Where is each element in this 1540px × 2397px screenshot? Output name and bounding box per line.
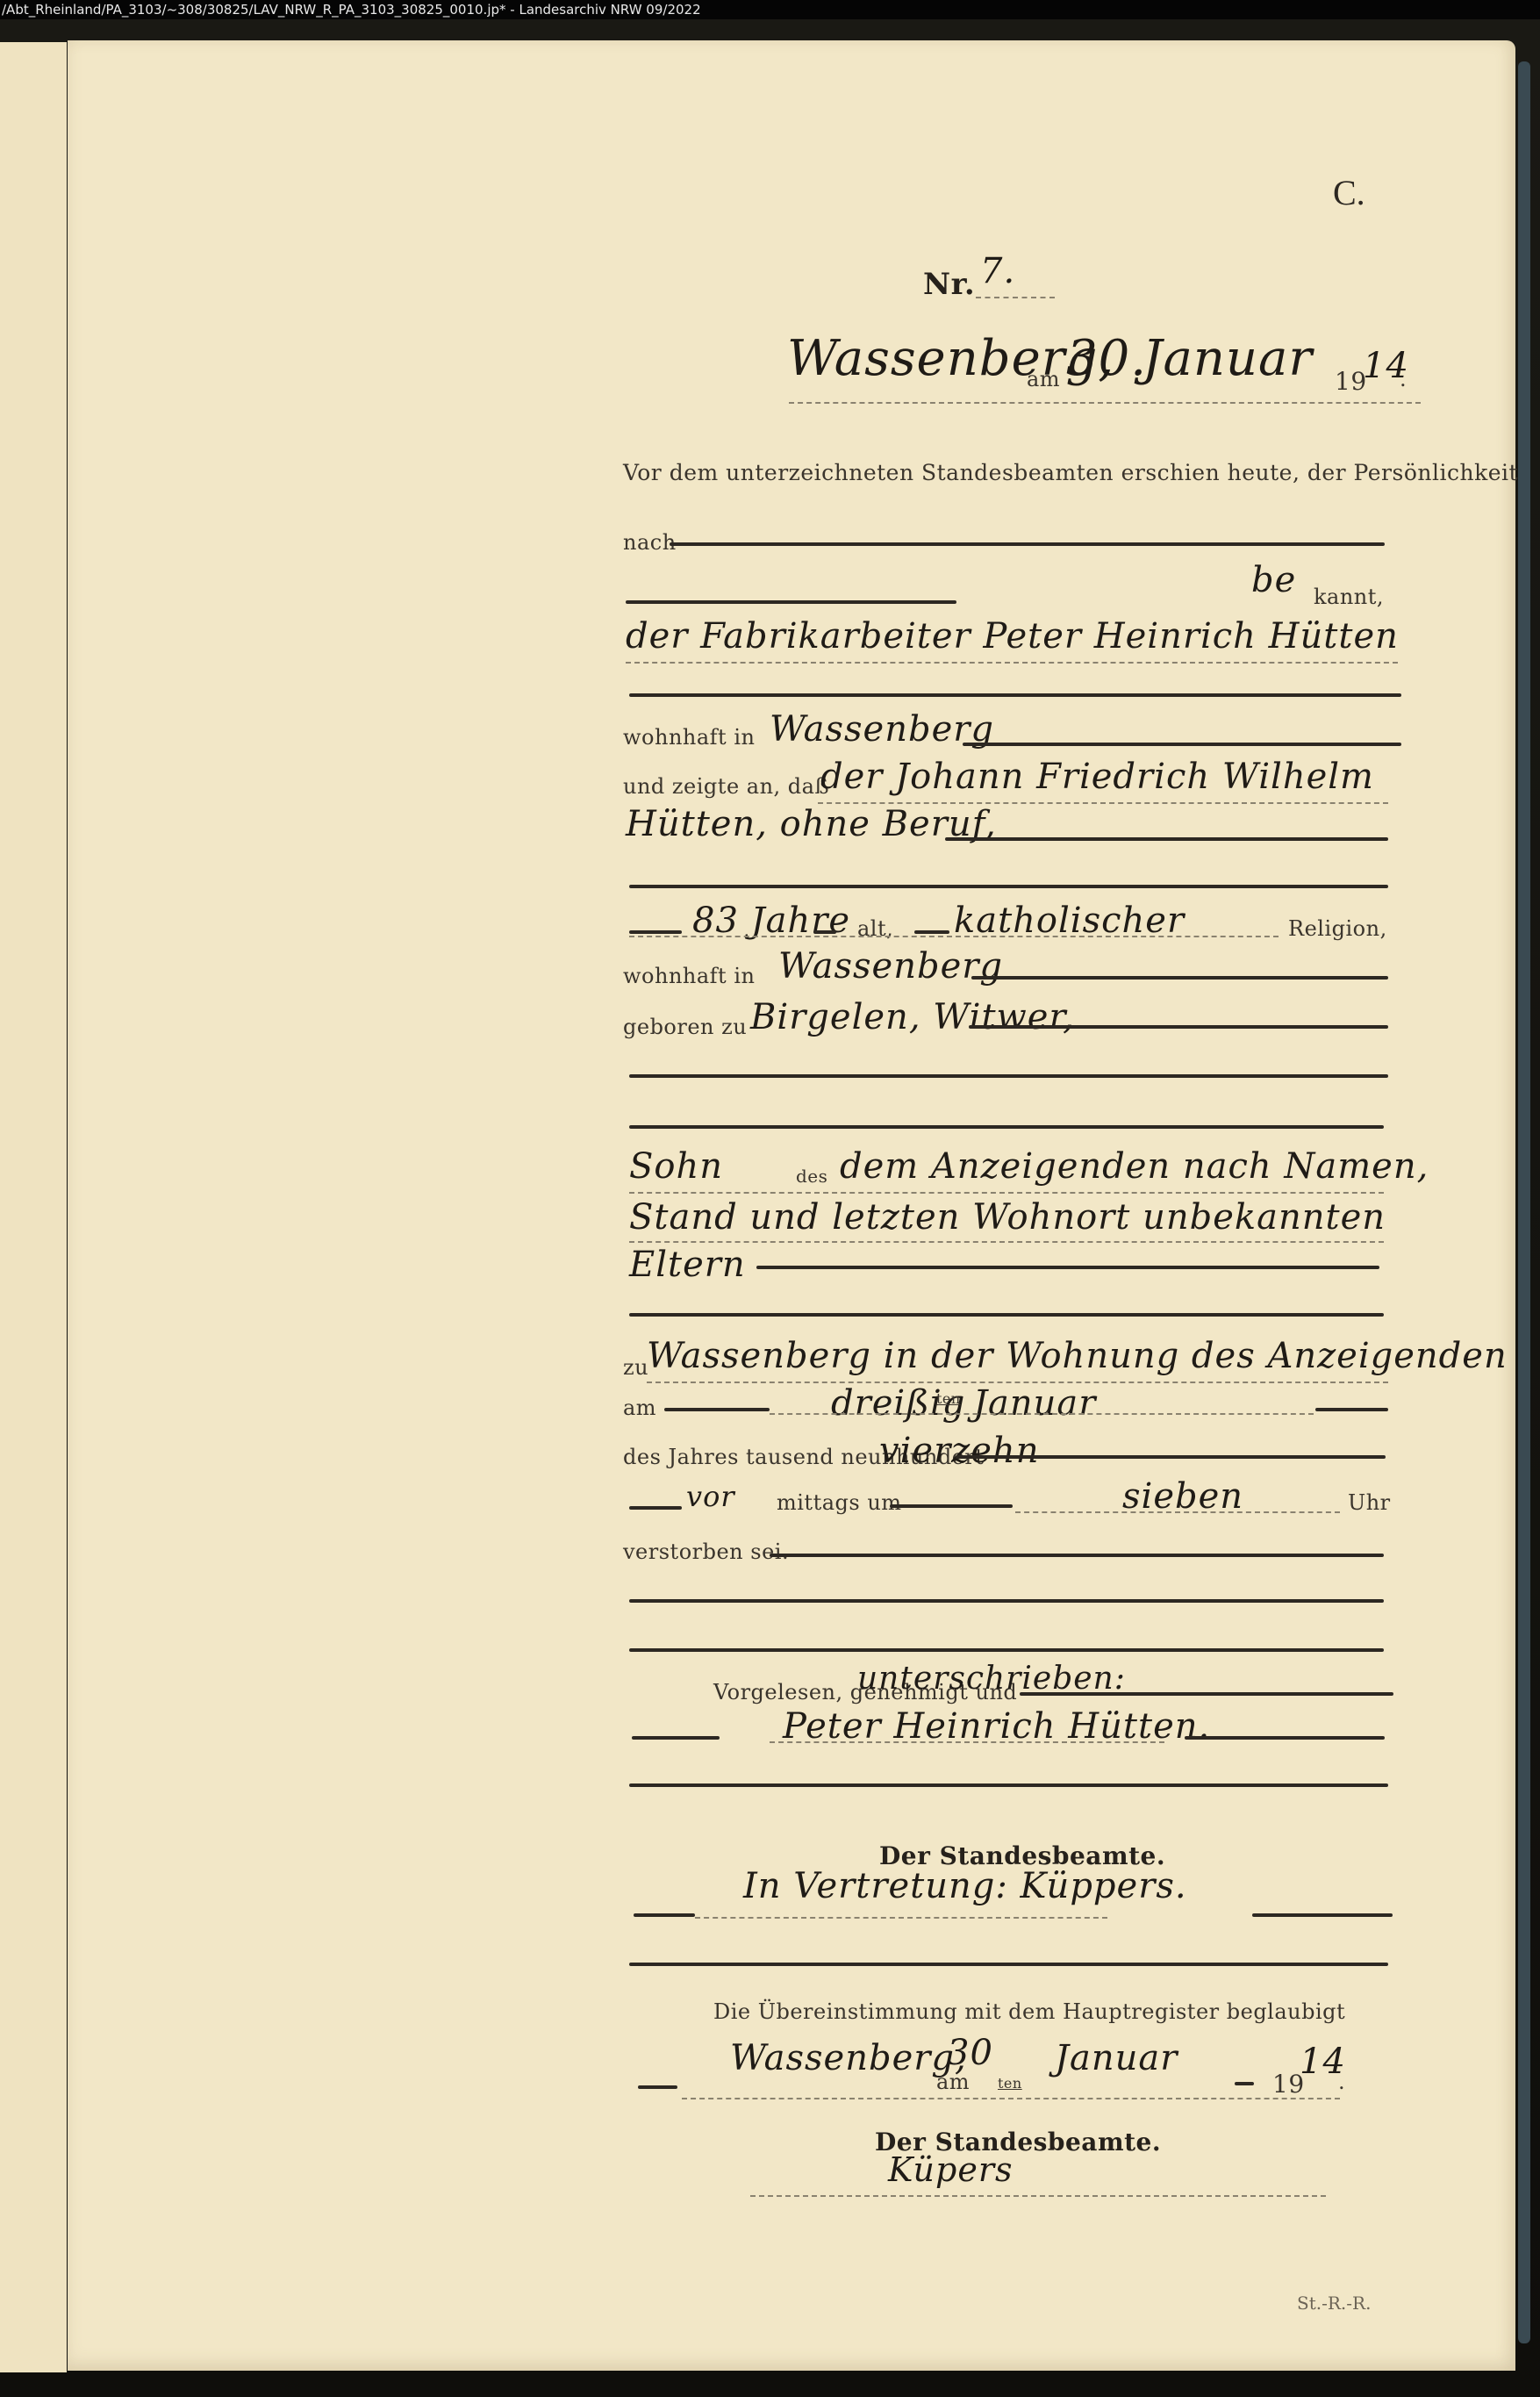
cert-day: 30 (947, 2033, 993, 2073)
zeigte-an-label: und zeigte an, daß (623, 774, 829, 799)
informant-residence: Wassenberg (770, 709, 994, 750)
cert-am: am (936, 2070, 970, 2094)
death-place: Wassenberg in der Wohnung des Anzeigende… (647, 1336, 1508, 1376)
informant-residence-label: wohnhaft in (623, 725, 755, 750)
unterschrieben-hand: unterschrieben: (857, 1661, 1126, 1697)
deceased-residence-label: wohnhaft in (623, 964, 755, 988)
vor-hand: vor (686, 1480, 735, 1513)
birthplace: Birgelen, Witwer, (750, 997, 1075, 1037)
cert-period: . (1338, 2070, 1345, 2094)
uhr-label: Uhr (1348, 1490, 1391, 1515)
deceased-line-1: der Johann Friedrich Wilhelm (820, 757, 1374, 797)
official-signature: In Vertretung: Küppers. (743, 1866, 1187, 1906)
nach-label: nach (623, 530, 677, 555)
right-page-edge (1518, 61, 1530, 2343)
bekannt-print: kannt, (1314, 585, 1384, 609)
death-year-word: vierzehn (879, 1431, 1039, 1471)
record-number: 7. (980, 251, 1015, 291)
left-page-edge (0, 42, 67, 2372)
parents-des: des (796, 1166, 827, 1187)
deceased-residence: Wassenberg (778, 946, 1003, 987)
number-label: Nr. (923, 267, 975, 302)
certification-text: Die Übereinstimmung mit dem Hauptregiste… (713, 1999, 1345, 2024)
header-am: am (1027, 367, 1060, 391)
parents-line-1: dem Anzeigenden nach Namen, (840, 1146, 1429, 1187)
death-place-label: zu (623, 1355, 648, 1380)
header-month: Januar (1142, 330, 1313, 387)
death-am-label: am (623, 1396, 656, 1420)
footer-mark: St.-R.-R. (1297, 2293, 1371, 2314)
window-title-bar: /Abt_Rheinland/PA_3103/~308/30825/LAV_NR… (0, 0, 1540, 19)
parents-line-2: Stand und letzten Wohnort unbekannten (629, 1197, 1386, 1238)
intro-text: Vor dem unterzeichneten Standesbeamten e… (623, 460, 1518, 485)
cert-signature: Küpers (888, 2150, 1014, 2189)
verstorben-label: verstorben sei. (623, 1539, 789, 1564)
mittags-label: mittags um (777, 1490, 902, 1515)
religion-label: Religion, (1288, 916, 1387, 941)
cert-day-suffix: ten (998, 2075, 1022, 2092)
deceased-line-2: Hütten, ohne Beruf, (626, 804, 997, 844)
header-day: 30. (1066, 330, 1147, 387)
header-period: . (1400, 367, 1407, 391)
document-page: C. Nr. 7. Wassenberg, am 30. Januar 19 1… (68, 40, 1515, 2371)
bekannt-hand: be (1251, 560, 1296, 600)
death-day-suffix: ten (936, 1390, 961, 1407)
corner-label: C. (1333, 172, 1365, 213)
window-title: /Abt_Rheinland/PA_3103/~308/30825/LAV_NR… (2, 2, 701, 18)
informant-name: der Fabrikarbeiter Peter Heinrich Hütten (626, 616, 1399, 657)
birthplace-label: geboren zu (623, 1015, 747, 1039)
death-month: Januar (973, 1383, 1096, 1424)
parents-sohn: Sohn (629, 1146, 723, 1187)
cert-month: Januar (1055, 2038, 1178, 2078)
cert-place: Wassenberg, (730, 2038, 967, 2078)
parents-line-3: Eltern (629, 1245, 746, 1285)
